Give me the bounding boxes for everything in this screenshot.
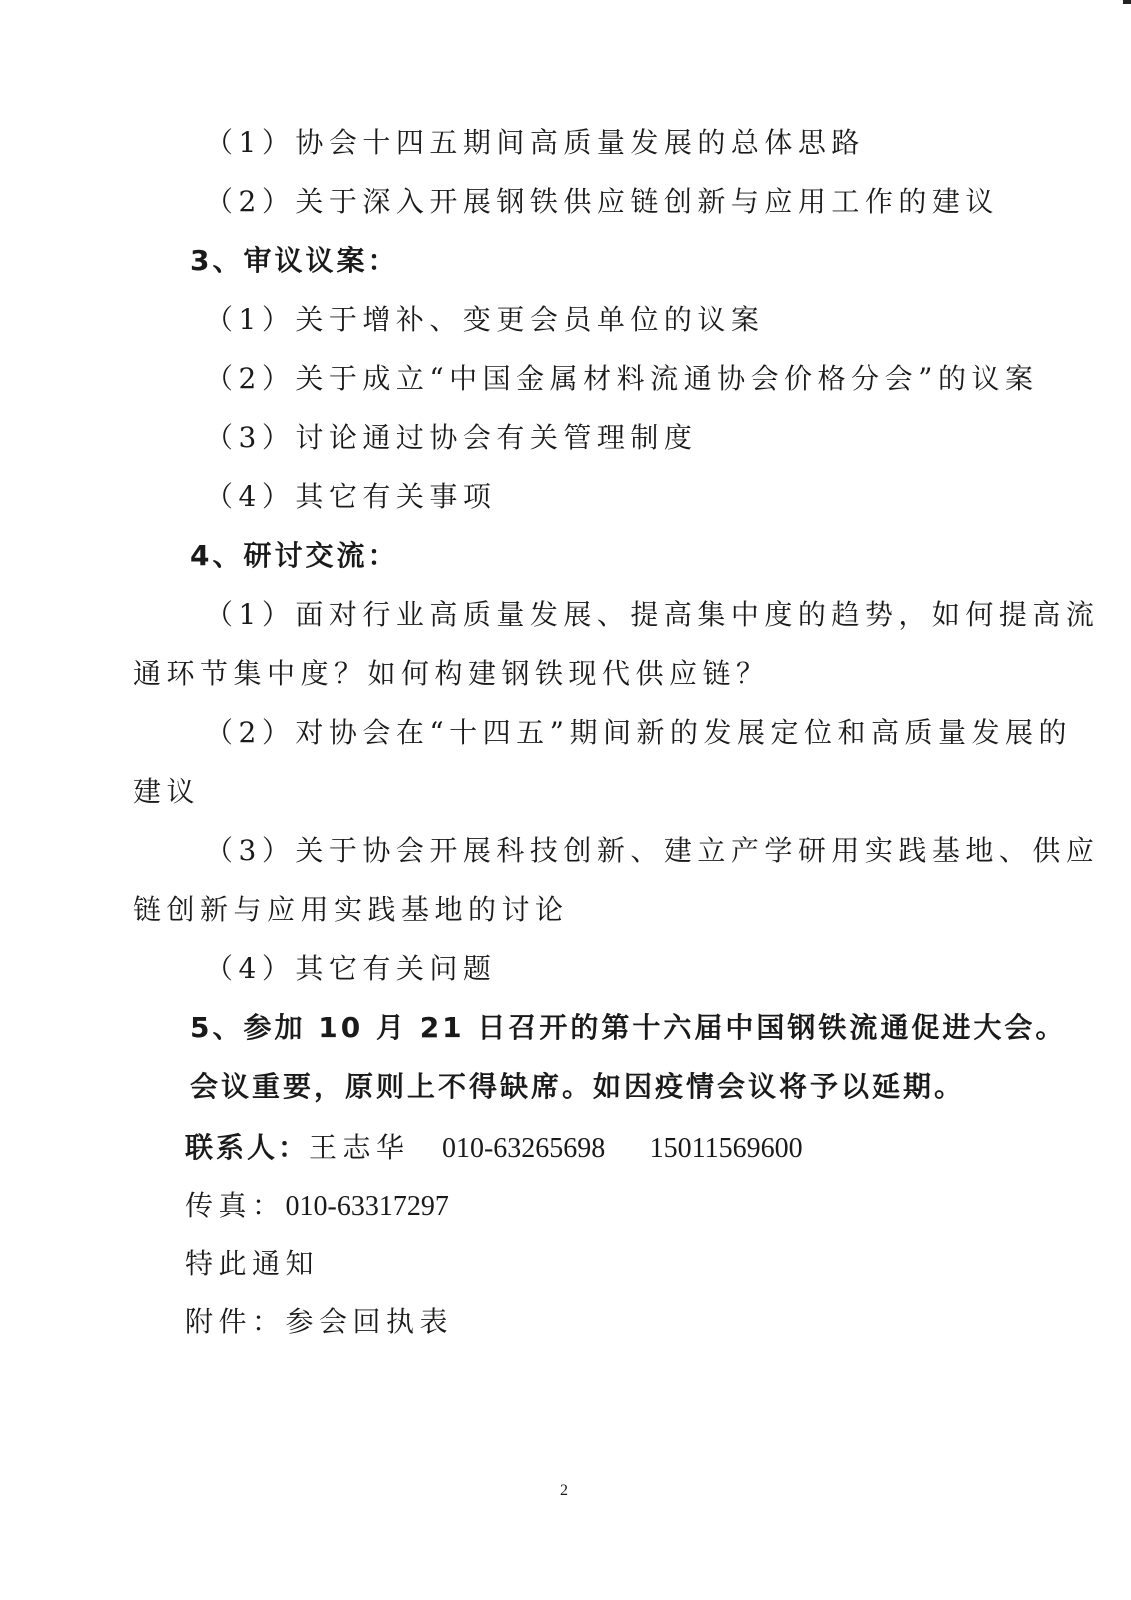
contact-phone: 010-63265698 [442,1133,605,1164]
body-line: （2）对协会在“十四五”期间新的发展定位和高质量发展的 [205,715,1072,751]
body-line: 通环节集中度？如何构建钢铁现代供应链？ [133,656,770,692]
attachment-name: 参会回执表 [286,1305,454,1338]
closing-text: 特此通知 [185,1246,319,1282]
body-line: （1）面对行业高质量发展、提高集中度的趋势，如何提高流 [205,597,1099,633]
section-heading: 5、参加 10 月 21 日召开的第十六届中国钢铁流通促进大会。 [190,1010,1066,1046]
body-line: （1）关于增补、变更会员单位的议案 [205,302,764,338]
attachment-label: 附件： [185,1305,286,1338]
fax-number: 010-63317297 [286,1191,449,1222]
fax-label: 传真： [185,1189,286,1222]
body-line: 链创新与应用实践基地的讨论 [133,892,569,928]
body-line: （2）关于深入开展钢铁供应链创新与应用工作的建议 [205,184,999,220]
page-number: 2 [560,1482,568,1500]
section-heading: 会议重要，原则上不得缺席。如因疫情会议将予以延期。 [190,1069,965,1105]
fax-line: 传真：010-63317297 [185,1188,449,1225]
contact-line: 联系人：王志华 010-63265698 15011569600 [185,1130,803,1167]
scan-mark [1123,0,1131,4]
contact-mobile: 15011569600 [650,1133,803,1164]
body-line: （3）讨论通过协会有关管理制度 [205,420,697,456]
section-heading: 4、研讨交流： [190,538,398,574]
contact-name: 王志华 [309,1131,410,1164]
section-heading: 3、审议议案： [190,243,398,279]
body-line: （2）关于成立“中国金属材料流通协会价格分会”的议案 [205,361,1038,397]
body-line: （4）其它有关问题 [205,951,496,987]
body-line: （1）协会十四五期间高质量发展的总体思路 [205,125,865,161]
contact-label: 联系人： [185,1131,309,1164]
body-line: （3）关于协会开展科技创新、建立产学研用实践基地、供应 [205,833,1099,869]
body-line: （4）其它有关事项 [205,479,496,515]
attachment-line: 附件：参会回执表 [185,1304,453,1340]
body-line: 建议 [133,774,200,810]
